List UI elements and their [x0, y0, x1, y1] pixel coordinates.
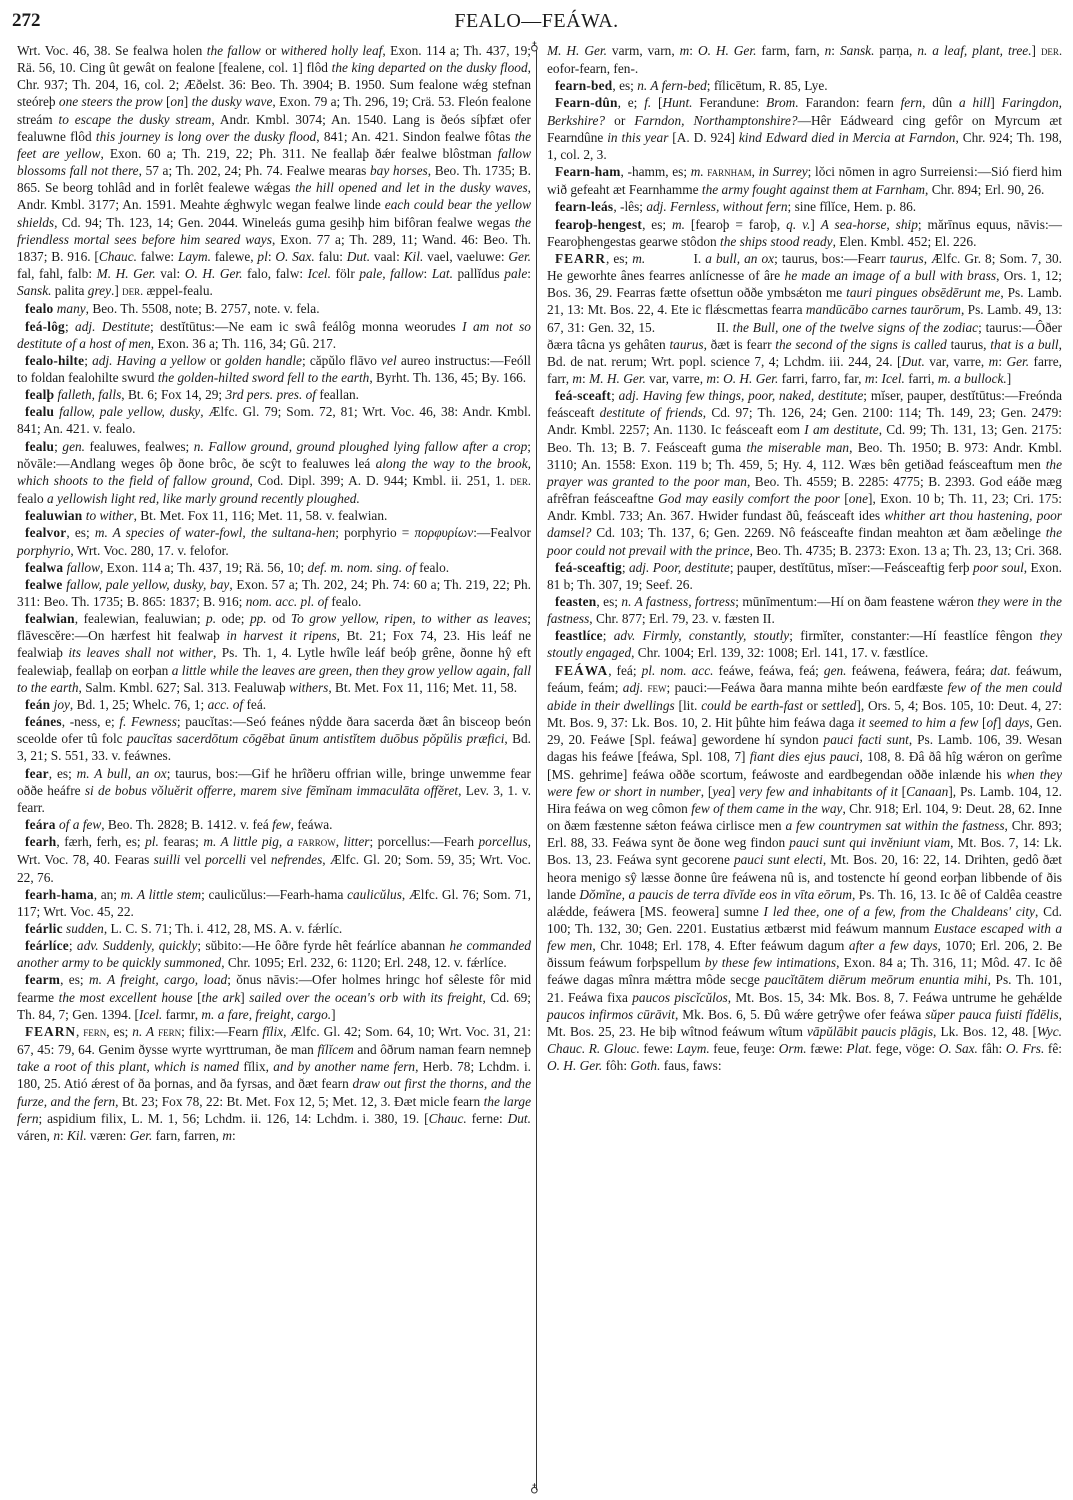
- running-head: FEALO—FEÁWA.: [10, 10, 1063, 33]
- dictionary-entry: fearoþ-hengest, es; m. [fearoþ = faroþ, …: [547, 216, 1062, 250]
- dictionary-entry: feá-sceaftig; adj. Poor, destitute; paup…: [547, 559, 1062, 593]
- dictionary-entry: fearn-leás, -lês; adj. Fernless, without…: [547, 198, 1062, 215]
- dictionary-entry: fearm, es; m. A freight, cargo, load; ŏn…: [17, 971, 531, 1022]
- dictionary-entry: fealuwian to wither, Bt. Met. Fox 11, 11…: [17, 507, 531, 524]
- dictionary-entry: Fearn-ham, -hamm, es; m. farnham, in Sur…: [547, 163, 1062, 198]
- dictionary-entry: feá-sceaft; adj. Having few things, poor…: [547, 387, 1062, 559]
- dictionary-entry: fealu fallow, pale yellow, dusky, Ælfc. …: [17, 403, 531, 437]
- dictionary-entry: fearn-bed, es; n. A fern-bed; fĭlicētum,…: [547, 77, 1062, 94]
- left-column: Wrt. Voc. 46, 38. Se fealwa holen the fa…: [17, 42, 531, 1144]
- dictionary-entry: fearh-hama, an; m. A little stem; caulic…: [17, 886, 531, 920]
- dictionary-entry: feárlic sudden, L. C. S. 71; Th. i. 412,…: [17, 920, 531, 937]
- page-header: 272 FEALO—FEÁWA.: [10, 8, 1063, 38]
- dictionary-entry: FEÁWA, feá; pl. nom. acc. feáwe, feáwa, …: [547, 662, 1062, 1075]
- right-column: M. H. Ger. varm, varn, m: O. H. Ger. far…: [547, 42, 1062, 1074]
- dictionary-entry: fealwe fallow, pale yellow, dusky, bay, …: [17, 576, 531, 610]
- dictionary-entry: FEARR, es; m. I. a bull, an ox; taurus, …: [547, 250, 1062, 387]
- dictionary-entry: fealwa fallow, Exon. 114 a; Th. 437, 19;…: [17, 559, 531, 576]
- dictionary-entry: fealþ falleth, falls, Bt. 6; Fox 14, 29;…: [17, 386, 531, 403]
- dictionary-entry: fealvor, es; m. A species of water-fowl,…: [17, 524, 531, 558]
- column-ornament-top-icon: ♁: [530, 40, 539, 52]
- dictionary-entry: feá-lôg; adj. Destitute; destĭtūtus:—Ne …: [17, 318, 531, 352]
- dictionary-entry: feán joy, Bd. 1, 25; Whelc. 76, 1; acc. …: [17, 696, 531, 713]
- dictionary-entry: fealu; gen. fealuwes, fealwes; n. Fallow…: [17, 438, 531, 508]
- dictionary-entry: Wrt. Voc. 46, 38. Se fealwa holen the fa…: [17, 42, 531, 300]
- dictionary-entry: feárlíce; adv. Suddenly, quickly; sŭbito…: [17, 937, 531, 971]
- dictionary-entry: feasten, es; n. A fastness, fortress; mū…: [547, 593, 1062, 627]
- dictionary-entry: fealo many, Beo. Th. 5508, note; B. 2757…: [17, 300, 531, 317]
- dictionary-entry: FEARN, fern, es; n. A fern; filix:—Fearn…: [17, 1023, 531, 1144]
- column-divider: [536, 50, 537, 1490]
- dictionary-entry: fealo-hilte; adj. Having a yellow or gol…: [17, 352, 531, 386]
- dictionary-entry: M. H. Ger. varm, varn, m: O. H. Ger. far…: [547, 42, 1062, 77]
- dictionary-entry: fearh, færh, ferh, es; pl. fearas; m. A …: [17, 833, 531, 885]
- dictionary-entry: feastlíce; adv. Firmly, constantly, stou…: [547, 627, 1062, 661]
- dictionary-entry: feánes, -ness, e; f. Fewness; paucĭtas:—…: [17, 713, 531, 764]
- dictionary-entry: feára of a few, Beo. Th. 2828; B. 1412. …: [17, 816, 531, 833]
- column-ornament-bottom-icon: ♁: [530, 1482, 539, 1494]
- dictionary-entry: fear, es; m. A bull, an ox; taurus, bos:…: [17, 765, 531, 816]
- dictionary-entry: Fearn-dûn, e; f. [Hunt. Ferandune: Brom.…: [547, 94, 1062, 163]
- dictionary-entry: fealwian, fealewian, fealuwian; p. ode; …: [17, 610, 531, 696]
